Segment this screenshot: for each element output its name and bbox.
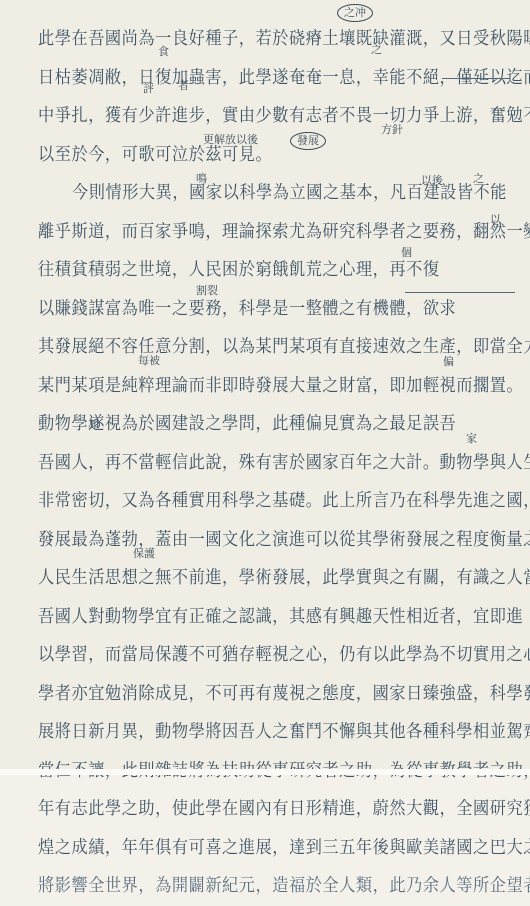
- manuscript-line: 展將日新月異，動物學將因吾人之奮鬥不懈與其他各種科學相並駕齊驅而: [38, 713, 516, 752]
- manuscript-line: 往積貧積弱之世境，人民困於窮餓飢荒之心理，再不復: [38, 251, 516, 290]
- line-text: 某門某項是純粹理論而非即時發展大量之財富，即加輕視而擱置。: [38, 367, 523, 406]
- annotation-circled: 之冲: [337, 4, 373, 22]
- annotation-circled: 發展: [290, 132, 326, 150]
- manuscript-line-paragraph-start: 今則情形大異，國家以科學為立國之基本，凡百建設皆不能: [38, 174, 516, 213]
- manuscript-line: 人民生活思想之無不前進，學術發展，此學實與之有關，有識之人當知之。今日: [38, 559, 516, 598]
- line-text: 此學在吾國尚為一良好種子，若於硗瘠土壤既缺灌溉，又日受秋陽曝炙: [38, 20, 530, 59]
- line-text: 以賺錢謀富為唯一之要務，科學是一整體之有機體，欲求: [38, 290, 456, 329]
- manuscript-line: 以賺錢謀富為唯一之要務，科學是一整體之有機體，欲求: [38, 290, 516, 329]
- manuscript-line: 非常密切，又為各種實用科學之基礎。此上所言乃在科學先進之國，動物學之: [38, 482, 516, 521]
- line-text: 非常密切，又為各種實用科學之基礎。此上所言乃在科學先進之國，動物學之: [38, 482, 530, 521]
- manuscript-line: 中爭扎，獲有少許進步，實由少數有志者不畏一切力爭上游，奮勉不已: [38, 97, 516, 136]
- line-text: 吾國人對動物學宜有正確之認識，其感有興趣天性相近者，宜即進: [38, 598, 523, 637]
- annotation: 之: [371, 44, 382, 56]
- annotation: 以後: [421, 175, 443, 187]
- annotation: 更解放以後: [203, 134, 258, 146]
- underline-mark: [442, 78, 510, 79]
- line-text: 往積貧積弱之世境，人民困於窮餓飢荒之心理，再不復: [38, 251, 440, 290]
- manuscript-line: 以至於今，可歌可泣於茲可見。: [38, 136, 516, 175]
- annotation: 割裂: [196, 285, 218, 297]
- manuscript-line: 某門某項是純粹理論而非即時發展大量之財富，即加輕視而擱置。: [38, 367, 516, 406]
- annotation: 者: [178, 80, 189, 92]
- manuscript-line: 吾國人對動物學宜有正確之認識，其感有興趣天性相近者，宜即進: [38, 598, 516, 637]
- manuscript-line: 學者亦宜勉消除成見，不可再有蔑視之態度，國家日臻強盛，科學發: [38, 675, 516, 714]
- page-bottom-edge: [0, 769, 530, 775]
- manuscript-line: 發展最為蓬勃，蓋由一國文化之演進可以從其學術發展之程度衡量之: [38, 521, 516, 560]
- manuscript-line: 吾國人，再不當輕信此說，殊有害於國家百年之大計。動物學與人生之關係: [38, 444, 516, 483]
- manuscript-line: 以學習，而當局保護不可猶存輕視之心，仍有以此學為不切實用之心理，其不習此: [38, 636, 516, 675]
- line-text: 其發展絕不容任意分割，以為某門某項有直接速效之生產，即當全力赴之，: [38, 328, 530, 367]
- annotation: 方針: [381, 124, 403, 136]
- annotation: 每被: [138, 355, 160, 367]
- annotation: 加: [88, 418, 99, 430]
- line-text: 吾國人，再不當輕信此說，殊有害於國家百年之大計。動物學與人生之關係: [38, 444, 530, 483]
- manuscript-line: 此學在吾國尚為一良好種子，若於硗瘠土壤既缺灌溉，又日受秋陽曝炙: [38, 20, 516, 59]
- annotation: 評: [143, 83, 154, 95]
- annotation: 保護: [133, 548, 155, 560]
- annotation: 偏: [443, 356, 454, 368]
- line-text: 學者亦宜勉消除成見，不可再有蔑視之態度，國家日臻強盛，科學發: [38, 675, 530, 714]
- annotation: 食: [158, 46, 169, 58]
- line-text: 離乎斯道，而百家爭鳴，理論探索尤為研究科學者之要務，翻然一變之既: [38, 213, 530, 252]
- manuscript-line: 離乎斯道，而百家爭鳴，理論探索尤為研究科學者之要務，翻然一變之既: [38, 213, 516, 252]
- manuscript-page: 此學在吾國尚為一良好種子，若於硗瘠土壤既缺灌溉，又日受秋陽曝炙 日枯萎凋敝，日復…: [0, 0, 530, 775]
- line-text: 人民生活思想之無不前進，學術發展，此學實與之有關，有識之人當知之。今日: [38, 559, 530, 598]
- annotation: 家: [466, 433, 477, 445]
- underline-mark: [405, 292, 515, 293]
- annotation: 鳴: [196, 173, 207, 185]
- line-text: 發展最為蓬勃，蓋由一國文化之演進可以從其學術發展之程度衡量之: [38, 521, 530, 560]
- annotation: 個: [401, 247, 412, 259]
- line-text: 以學習，而當局保護不可猶存輕視之心，仍有以此學為不切實用之心理，其不習此: [38, 636, 530, 675]
- line-text: 中爭扎，獲有少許進步，實由少數有志者不畏一切力爭上游，奮勉不已: [38, 97, 530, 136]
- manuscript-body: 此學在吾國尚為一良好種子，若於硗瘠土壤既缺灌溉，又日受秋陽曝炙 日枯萎凋敝，日復…: [38, 20, 516, 775]
- line-text: 動物學遂視為於國建設之學問，此種偏見實為之最足誤吾: [38, 405, 456, 444]
- annotation: 之: [473, 173, 484, 185]
- manuscript-line: 動物學遂視為於國建設之學問，此種偏見實為之最足誤吾: [38, 405, 516, 444]
- line-text: 展將日新月異，動物學將因吾人之奮鬥不懈與其他各種科學相並駕齊驅而: [38, 713, 530, 752]
- annotation: 以: [490, 214, 501, 226]
